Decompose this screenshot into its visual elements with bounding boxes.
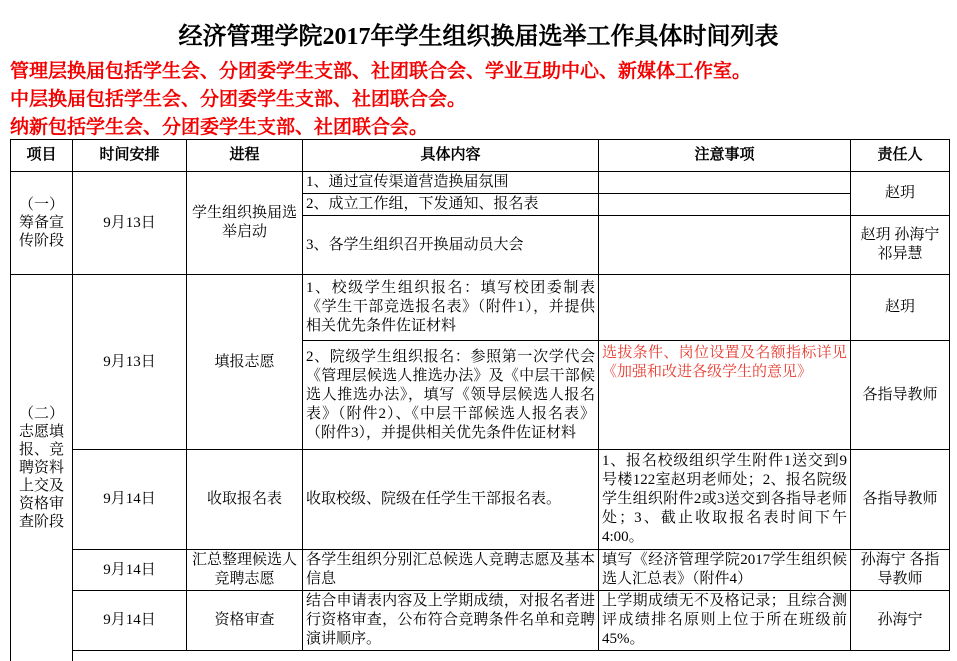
date-cell: 9月14日 xyxy=(73,591,187,651)
owner-cell: 孙海宁 各指导教师 xyxy=(851,550,950,591)
schedule-table-wrapper: 项目 时间安排 进程 具体内容 注意事项 责任人 （一）筹备宣传阶段 9月13日… xyxy=(10,139,949,661)
header-project: 项目 xyxy=(11,140,73,172)
header-owner: 责任人 xyxy=(851,140,950,172)
process-cell: 资格审查 xyxy=(187,591,303,651)
header-time: 时间安排 xyxy=(73,140,187,172)
process-cell: 学生组织换届选举启动 xyxy=(187,172,303,275)
notes-cell xyxy=(599,172,851,194)
process-cell: 填报志愿 xyxy=(187,275,303,450)
project-cell-s2: （二）志愿填报、竞聘资料上交及资格审查阶段 xyxy=(11,275,73,661)
notes-cell xyxy=(599,216,851,275)
cutoff-row xyxy=(11,651,950,661)
notes-cell-red: 选拔条件、岗位设置及名额指标详见《加强和改进各级学生的意见》 xyxy=(599,341,851,450)
project-cell-s1: （一）筹备宣传阶段 xyxy=(11,172,73,275)
header-row: 项目 时间安排 进程 具体内容 注意事项 责任人 xyxy=(11,140,950,172)
red-notes-block: 管理层换届包括学生会、分团委学生支部、社团联合会、学业互助中心、新媒体工作室。 … xyxy=(10,58,957,142)
owner-cell: 赵玥 xyxy=(851,275,950,341)
date-cell: 9月13日 xyxy=(73,275,187,450)
table-row: 9月14日 收取报名表 收取校级、院级在任学生干部报名表。 1、报名校级组织学生… xyxy=(11,450,950,550)
content-cell: 2、成立工作组，下发通知、报名表 xyxy=(303,194,599,216)
content-cell: 3、各学生组织召开换届动员大会 xyxy=(303,216,599,275)
date-cell: 9月14日 xyxy=(73,550,187,591)
date-cell: 9月13日 xyxy=(73,172,187,275)
content-cell: 2、院级学生组织报名：参照第一次学代会《管理层候选人推选办法》及《中层干部候选人… xyxy=(303,341,599,450)
process-cell: 汇总整理候选人竞聘志愿 xyxy=(187,550,303,591)
document-page: 经济管理学院2017年学生组织换届选举工作具体时间列表 管理层换届包括学生会、分… xyxy=(0,0,957,661)
content-cell: 各学生组织分别汇总候选人竞聘志愿及基本信息 xyxy=(303,550,599,591)
header-notes: 注意事项 xyxy=(599,140,851,172)
notes-cell xyxy=(599,194,851,216)
content-cell: 结合申请表内容及上学期成绩，对报名者进行资格审查，公布符合竞聘条件名单和竞聘演讲… xyxy=(303,591,599,651)
content-cell: 1、通过宣传渠道营造换届氛围 xyxy=(303,172,599,194)
table-row: （二）志愿填报、竞聘资料上交及资格审查阶段 9月13日 填报志愿 1、校级学生组… xyxy=(11,275,950,341)
schedule-table: 项目 时间安排 进程 具体内容 注意事项 责任人 （一）筹备宣传阶段 9月13日… xyxy=(10,139,950,661)
process-cell: 收取报名表 xyxy=(187,450,303,550)
header-process: 进程 xyxy=(187,140,303,172)
content-cell: 1、校级学生组织报名：填写校团委制表《学生干部竞选报名表》（附件1），并提供相关… xyxy=(303,275,599,341)
table-row: 9月14日 资格审查 结合申请表内容及上学期成绩，对报名者进行资格审查，公布符合… xyxy=(11,591,950,651)
date-cell: 9月14日 xyxy=(73,450,187,550)
notes-cell: 1、报名校级组织学生附件1送交到9号楼122室赵玥老师处；2、报名院级学生组织附… xyxy=(599,450,851,550)
owner-cell: 孙海宁 xyxy=(851,591,950,651)
table-row: 9月14日 汇总整理候选人竞聘志愿 各学生组织分别汇总候选人竞聘志愿及基本信息 … xyxy=(11,550,950,591)
red-note-line: 中层换届包括学生会、分团委学生支部、社团联合会。 xyxy=(10,86,957,114)
table-row: （一）筹备宣传阶段 9月13日 学生组织换届选举启动 1、通过宣传渠道营造换届氛… xyxy=(11,172,950,194)
notes-cell: 上学期成绩无不及格记录；且综合测评成绩排名原则上位于所在班级前45%。 xyxy=(599,591,851,651)
header-content: 具体内容 xyxy=(303,140,599,172)
owner-cell: 各指导教师 xyxy=(851,341,950,450)
notes-cell: 填写《经济管理学院2017学生组织候选人汇总表》（附件4） xyxy=(599,550,851,591)
owner-cell: 赵玥 孙海宁 祁异慧 xyxy=(851,216,950,275)
content-cell: 收取校级、院级在任学生干部报名表。 xyxy=(303,450,599,550)
cutoff-cell xyxy=(73,651,950,661)
red-note-line: 纳新包括学生会、分团委学生支部、社团联合会。 xyxy=(10,114,957,142)
red-note-line: 管理层换届包括学生会、分团委学生支部、社团联合会、学业互助中心、新媒体工作室。 xyxy=(10,58,957,86)
page-title: 经济管理学院2017年学生组织换届选举工作具体时间列表 xyxy=(0,24,957,50)
owner-cell: 各指导教师 xyxy=(851,450,950,550)
notes-cell xyxy=(599,275,851,341)
owner-cell: 赵玥 xyxy=(851,172,950,216)
